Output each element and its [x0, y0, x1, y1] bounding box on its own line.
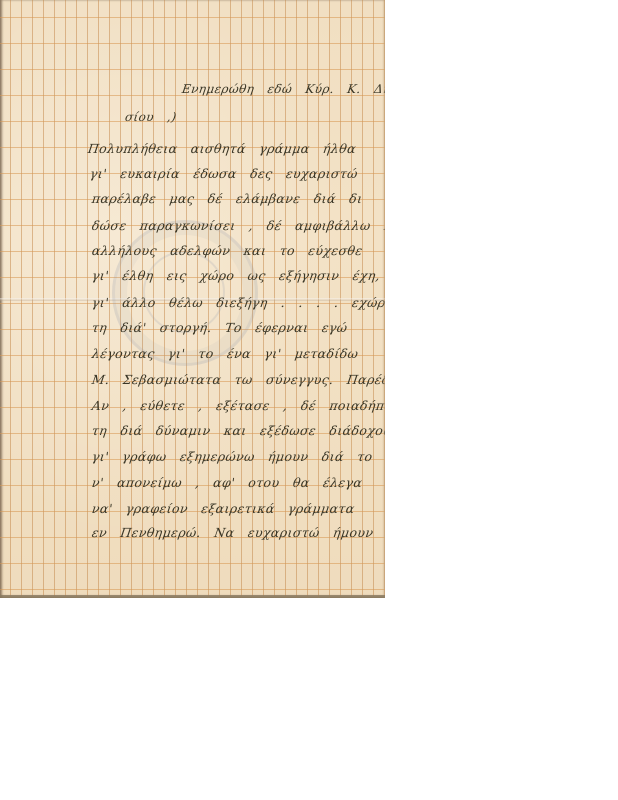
manuscript-page: Ενημερώθη εδώ Κύρ. Κ. Δημ- σίου ,) Πολυπ…	[0, 0, 385, 598]
heading-line-1: Ενημερώθη εδώ Κύρ. Κ. Δημ-	[181, 82, 385, 96]
body-line: τη διά' στοργή. Το έφερναι εγώ	[91, 320, 349, 335]
body-line: γι' έλθη εις χώρο ως εξήγησιν έχη,	[91, 268, 381, 283]
body-line: λέγοντας γι' το ένα γι' μεταδίδω	[91, 346, 359, 361]
body-line: γι' γράφω εξημερώνω ήμουν διά το είδα	[91, 449, 385, 464]
body-line: Αν , εύθετε , εξέτασε , δέ ποιαδήποτε	[91, 398, 385, 413]
body-line: εν Πενθημερώ. Να ευχαριστώ ήμουν	[91, 525, 375, 540]
heading-line-2: σίου ,)	[124, 110, 177, 124]
paper-bottom-edge	[0, 595, 385, 598]
body-line: γι' ευκαιρία έδωσα δες ευχαριστώ	[89, 166, 359, 181]
body-line: γι' άλλο θέλω διεξήγη . . . . εχώρησα, ,…	[91, 295, 385, 310]
body-line: Μ. Σεβασμιώτατα τω σύνεγγυς. Παρέδωσα	[91, 372, 385, 387]
body-line: παρέλαβε μας δέ ελάμβανε διά δι	[91, 191, 364, 206]
body-line: ν' απονείμω , αφ' οτου θα έλεγα	[91, 475, 363, 490]
paper-right-edge	[382, 0, 385, 598]
body-line: τη διά δύναμιν και εξέδωσε διάδοχος	[91, 423, 385, 438]
body-line: αλλήλους αδελφών και το εύχεσθε	[91, 243, 364, 258]
body-line: δώσε παραγκωνίσει , δέ αμφιβάλλω καθώς	[91, 218, 385, 233]
handwritten-text: Ενημερώθη εδώ Κύρ. Κ. Δημ- σίου ,) Πολυπ…	[0, 0, 385, 598]
body-line: Πολυπλήθεια αισθητά γράμμα ήλθα	[87, 141, 357, 156]
body-line: να' γραφείον εξαιρετικά γράμματα	[91, 501, 356, 516]
